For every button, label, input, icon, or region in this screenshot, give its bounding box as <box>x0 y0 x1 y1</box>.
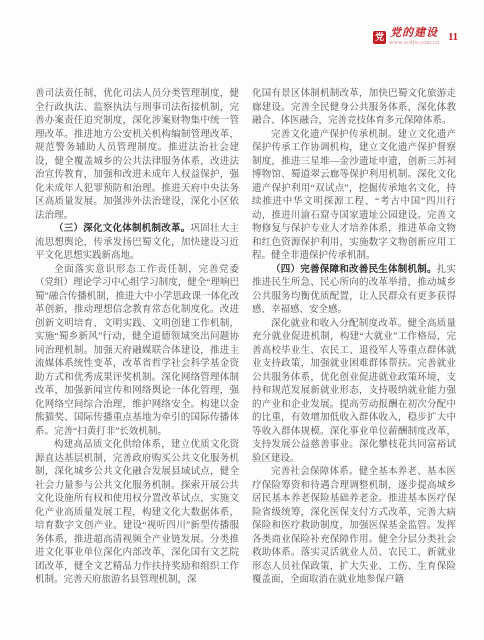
logo-text-block: 党的建设 www.scdjw.com.cn <box>389 28 439 46</box>
paragraph: （三）深化文化体制机制改革。巩固壮大主流思想舆论，传承发扬巴蜀文化，加快建设习近… <box>35 223 239 264</box>
page-header: 党 党的建设 www.scdjw.com.cn 11 <box>373 28 458 46</box>
page-number: 11 <box>448 32 458 43</box>
paragraph: 全面落实意识形态工作责任制，完善党委（党组）理论学习中心组学习制度，健全“理响巴… <box>35 264 239 440</box>
paragraph: 完善社会保障体系。健全基本养老、基本医疗保险筹资和待遇合理调整机制，逐步提高城乡… <box>252 466 456 588</box>
right-column: 化国有景区体制机制改革，加快巴蜀文化旅游走廊建设。完善全民健身公共服务体系，深化… <box>252 88 456 588</box>
paragraph: 深化就业和收入分配制度改革。健全高质量充分就业促进机制，构建“大就业”工作格局，… <box>252 318 456 467</box>
journal-url: www.scdjw.com.cn <box>389 40 439 46</box>
magazine-page: 党 党的建设 www.scdjw.com.cn 11 善司法责任制，优化司法人员… <box>0 0 484 640</box>
paragraph: 化国有景区体制机制改革，加快巴蜀文化旅游走廊建设。完善全民健身公共服务体系，深化… <box>252 88 456 129</box>
journal-brand-text: 党的建设 <box>390 28 438 39</box>
journal-logo: 党 党的建设 www.scdjw.com.cn <box>373 28 439 46</box>
seal-icon: 党 <box>373 31 386 44</box>
paragraph-heading: （四）完善保障和改善民生体制机制。 <box>271 265 437 275</box>
paragraph: 完善文化遗产保护传承机制。建立文化遗产保护传承工作协调机构，建立文化遗产保护督察… <box>252 129 456 264</box>
paragraph: 善司法责任制，优化司法人员分类管理制度，健全行政执法、监察执法与刑事司法衔接机制… <box>35 88 239 223</box>
article-body: 善司法责任制，优化司法人员分类管理制度，健全行政执法、监察执法与刑事司法衔接机制… <box>35 88 456 588</box>
paragraph: （四）完善保障和改善民生体制机制。扎实推进民生所急、民心所向的改革举措，推动城乡… <box>252 264 456 318</box>
paragraph-heading: （三）深化文化体制机制改革。 <box>54 224 190 234</box>
left-column: 善司法责任制，优化司法人员分类管理制度，健全行政执法、监察执法与刑事司法衔接机制… <box>35 88 239 588</box>
paragraph: 构建高品质文化供给体系，建立优质文化资源直达基层机制，完善政府购买公共文化服务机… <box>35 439 239 588</box>
